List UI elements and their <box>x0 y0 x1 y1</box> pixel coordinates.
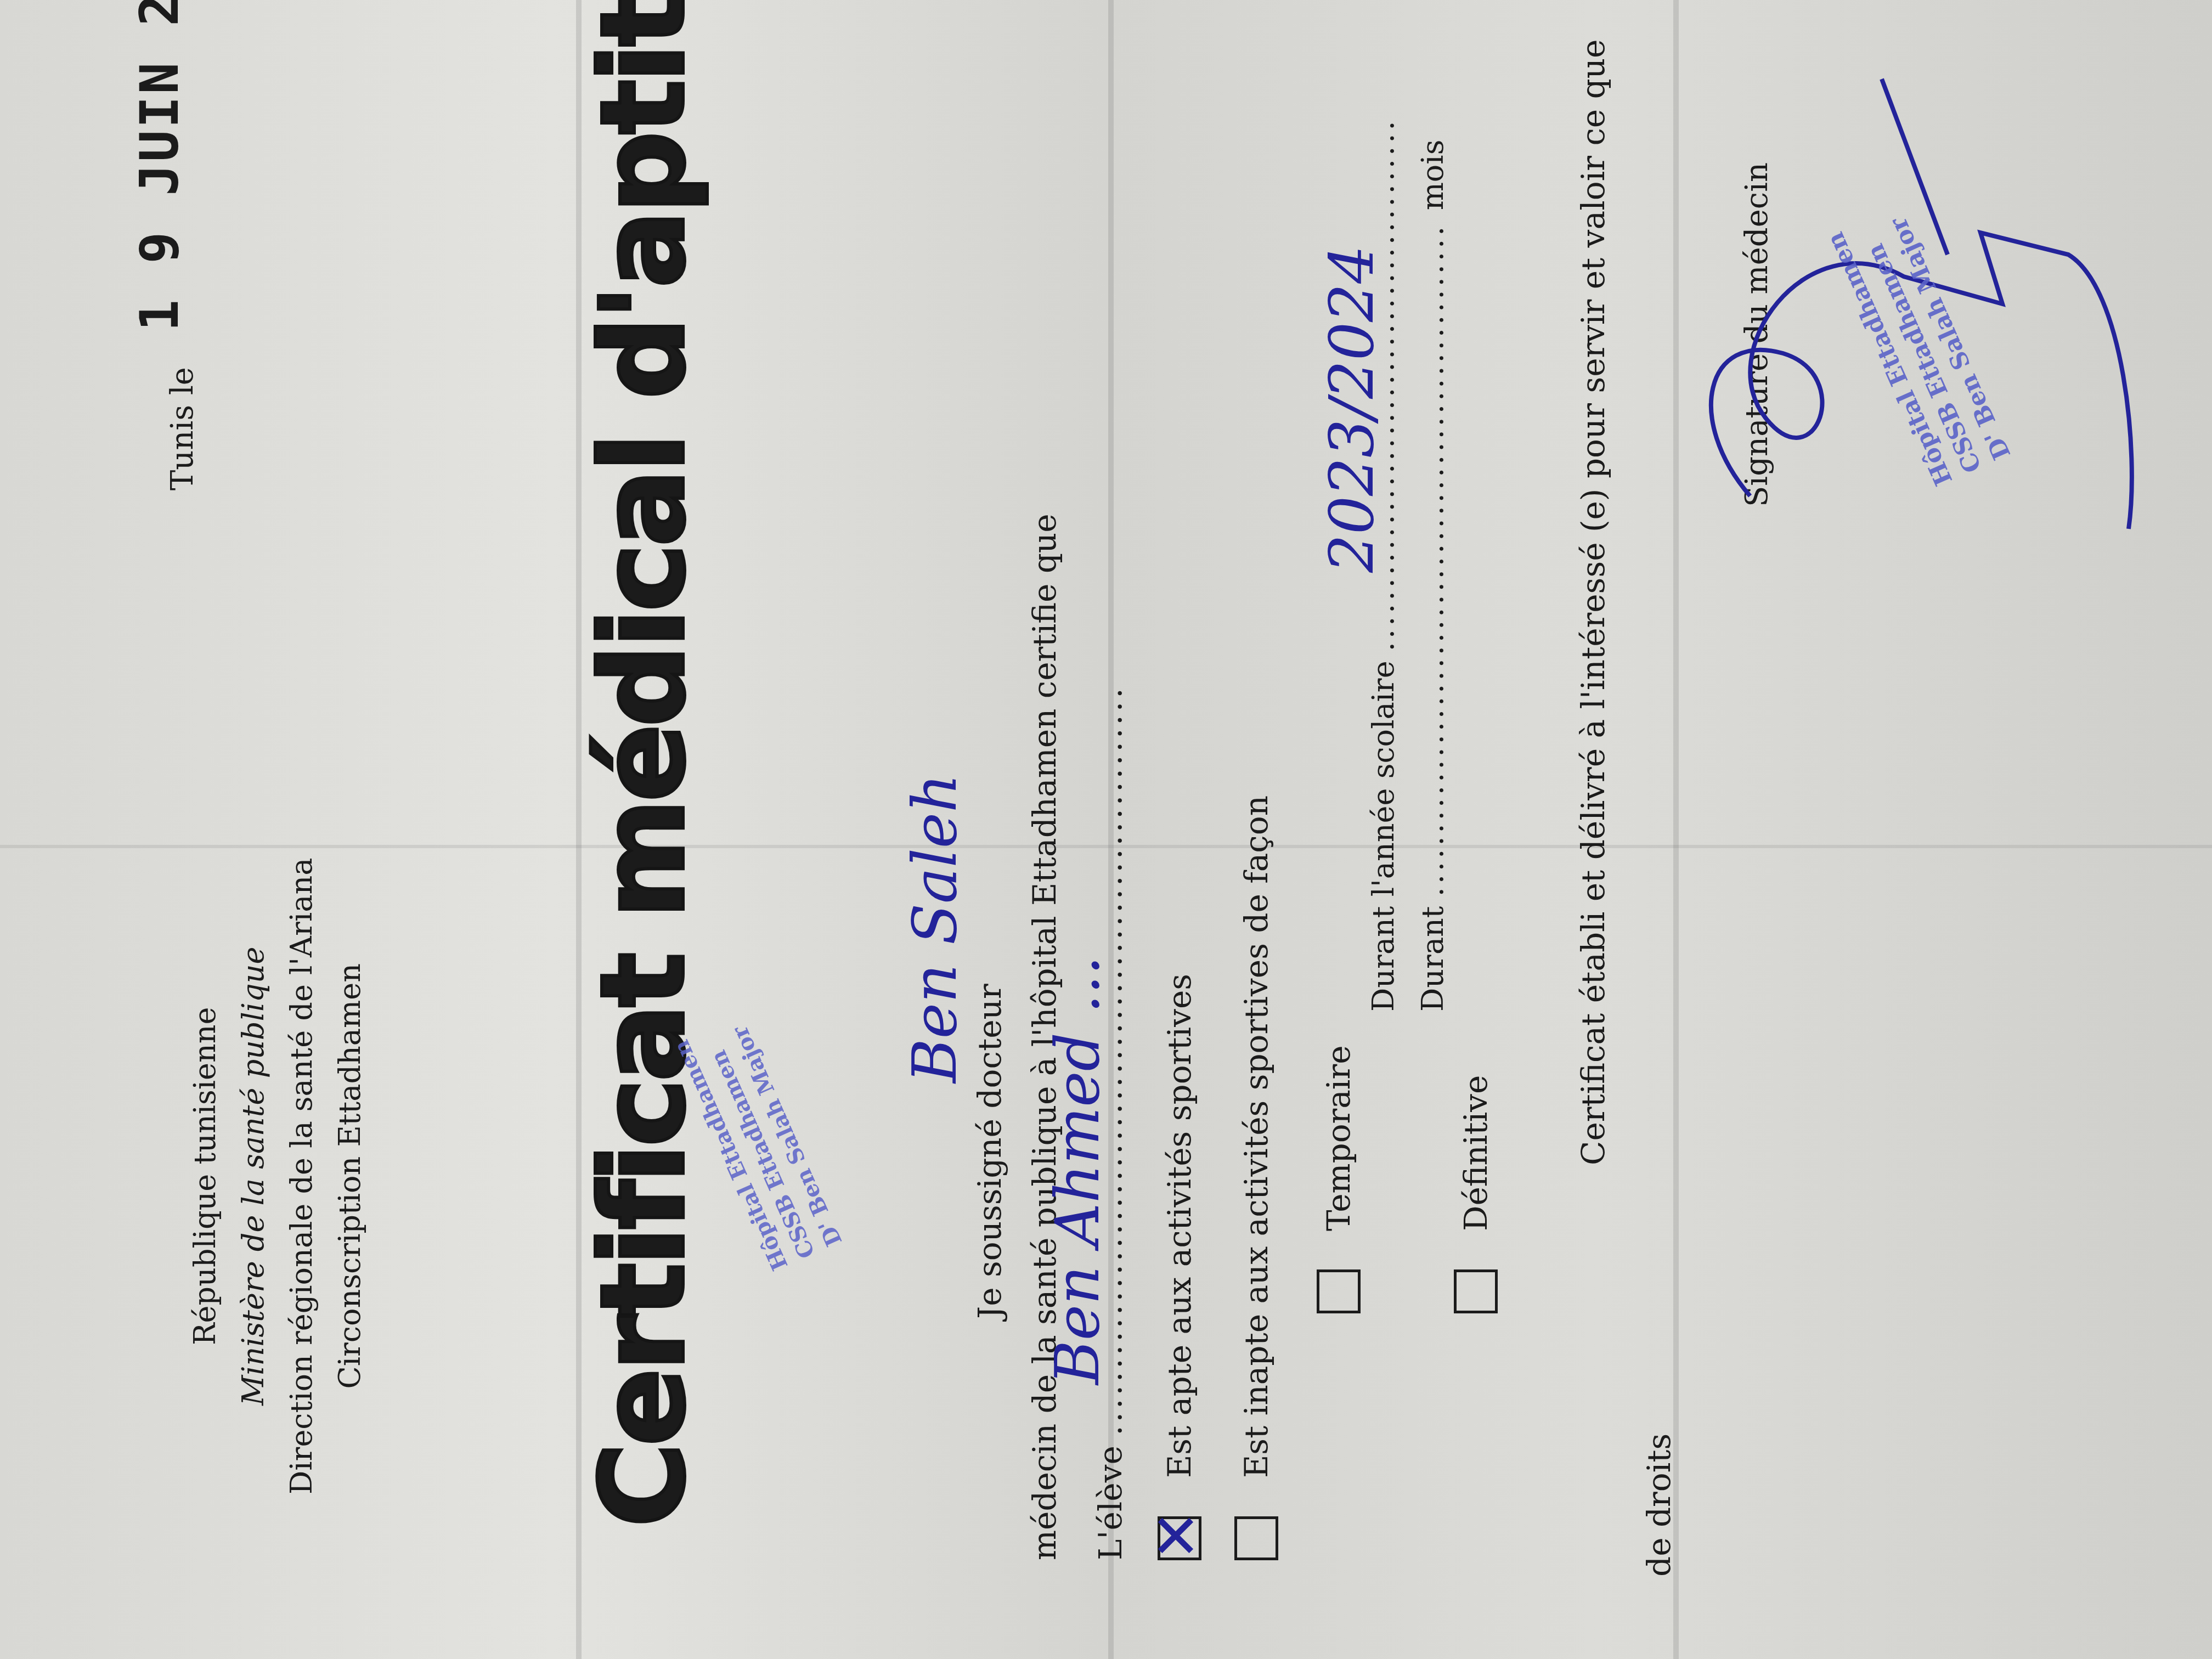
ministry-header: République tunisienne Ministère de la sa… <box>181 858 374 1494</box>
school-year-handwritten: 2023/2024 <box>1317 245 1387 573</box>
page-title: Certificat médical d'aptitude sportive <box>576 0 710 1527</box>
option-label: Est inapte aux activités sportives de fa… <box>1238 795 1275 1478</box>
school-year-label: Durant l'année scolaire <box>1366 661 1401 1012</box>
months-line: Durant .................................… <box>1415 140 1450 1012</box>
option-label: Temporaire <box>1320 1046 1357 1231</box>
sub-option-temporaire[interactable]: Temporaire <box>1317 1046 1361 1313</box>
option-label: Définitive <box>1457 1075 1494 1231</box>
date-prefix: Tunis le <box>165 367 200 490</box>
months-suffix: mois <box>1415 140 1450 211</box>
checkbox-apte[interactable] <box>1158 1516 1201 1560</box>
option-inapte[interactable]: Est inapte aux activités sportives de fa… <box>1234 795 1278 1560</box>
checkbox-temporaire[interactable] <box>1317 1269 1361 1313</box>
header-line: Direction régionale de la santé de l'Ari… <box>278 858 326 1494</box>
option-label: Est apte aux activités sportives <box>1161 974 1198 1478</box>
checkbox-inapte[interactable] <box>1234 1516 1278 1560</box>
checkbox-definitive[interactable] <box>1454 1269 1498 1313</box>
date-stamp: 1 9 JUIN 2023 <box>129 0 190 331</box>
header-line: République tunisienne <box>181 858 229 1494</box>
header-line: Circonscription Ettadhamen <box>326 858 374 1494</box>
months-label: Durant <box>1415 906 1450 1012</box>
option-apte[interactable]: Est apte aux activités sportives <box>1158 974 1201 1560</box>
sub-option-definitive[interactable]: Définitive <box>1454 1075 1498 1313</box>
doctor-label: Je soussigné docteur <box>971 984 1008 1319</box>
doctor-line: Je soussigné docteur <box>971 984 1008 1319</box>
student-label: L'élève <box>1092 1446 1129 1560</box>
doctor-name-handwritten: Ben Saleh <box>900 774 970 1083</box>
student-name-handwritten: Ben Ahmed ... <box>1042 956 1113 1385</box>
header-line: Ministère de la santé publique <box>229 858 278 1494</box>
certificate-statement: Certificat établi et délivré à l'intéres… <box>1575 39 1612 1165</box>
certificate-statement-end: de droits <box>1640 1434 1678 1577</box>
certificate-document: République tunisienne Ministère de la sa… <box>0 0 2212 1659</box>
